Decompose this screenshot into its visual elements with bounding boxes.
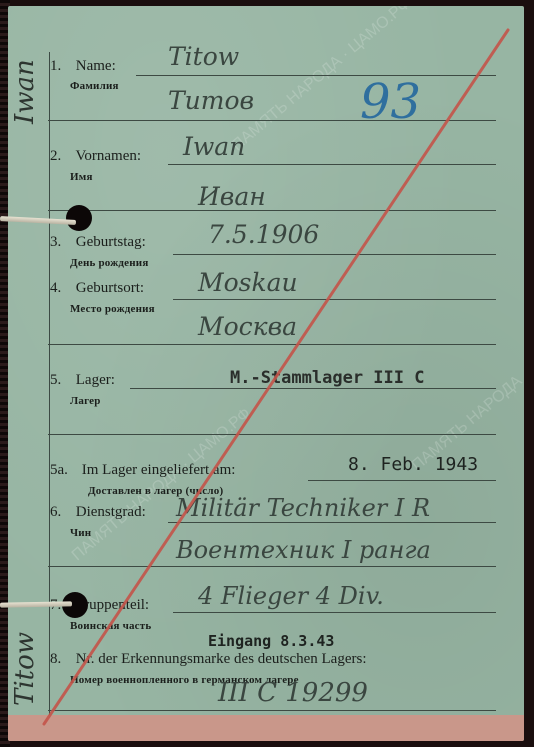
red-cancellation-line xyxy=(8,6,524,741)
registration-card: ПАМЯТЬ НАРОДА · ЦАМО.РФ ПАМЯТЬ НАРОДА · … xyxy=(8,6,524,741)
binder-hole xyxy=(66,205,92,231)
